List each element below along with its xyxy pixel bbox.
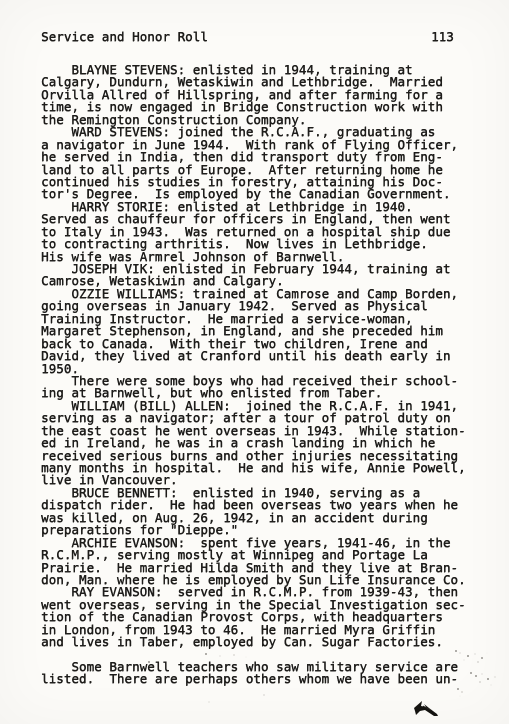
text-line: and lives in Taber, employed by Can. Sug… <box>41 636 466 648</box>
scanned-document-page: Service and Honor Roll 113 BLAYNE STEVEN… <box>0 0 509 724</box>
text-line: David, they lived at Cranford until his … <box>41 350 466 362</box>
scan-speckles <box>148 661 150 663</box>
scan-speckles <box>470 672 472 674</box>
scan-speckles <box>205 653 207 655</box>
ink-blot-mark <box>413 701 439 717</box>
page-header-title: Service and Honor Roll <box>41 29 208 44</box>
scan-speckles <box>457 688 459 690</box>
body-text: BLAYNE STEVENS: enlisted in 1944, traini… <box>41 64 466 686</box>
scan-speckles <box>455 650 457 652</box>
page-number: 113 <box>431 29 454 44</box>
text-line: listed. There are perhaps others whom we… <box>41 673 466 685</box>
